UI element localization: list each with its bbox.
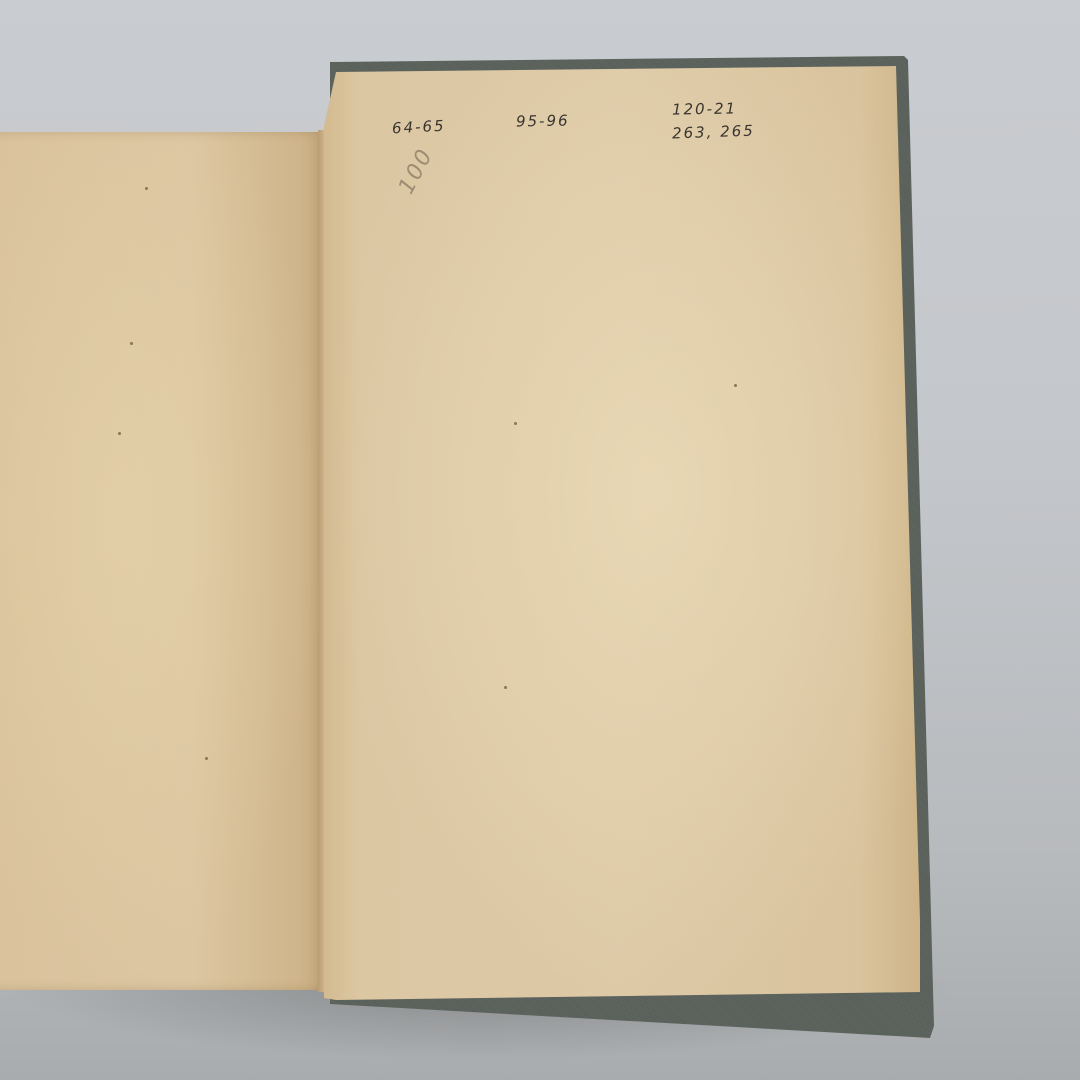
handwritten-note: 95-96 bbox=[516, 112, 570, 131]
handwritten-note: 120-21 bbox=[672, 99, 737, 118]
paper-speck bbox=[734, 384, 737, 387]
paper-speck bbox=[118, 432, 121, 435]
paper-speck bbox=[145, 187, 148, 190]
handwritten-note: 263, 265 bbox=[672, 122, 755, 143]
inside-cover-pastedown bbox=[324, 66, 920, 1008]
paper-speck bbox=[130, 342, 133, 345]
paper-speck bbox=[205, 757, 208, 760]
paper-speck bbox=[504, 686, 507, 689]
paper-speck bbox=[514, 422, 517, 425]
handwritten-note: 64-65 bbox=[392, 117, 446, 138]
flyleaf-page bbox=[0, 132, 326, 990]
photo-scene: 64-65 95-96 120-21 263, 265 100 bbox=[0, 0, 1080, 1080]
